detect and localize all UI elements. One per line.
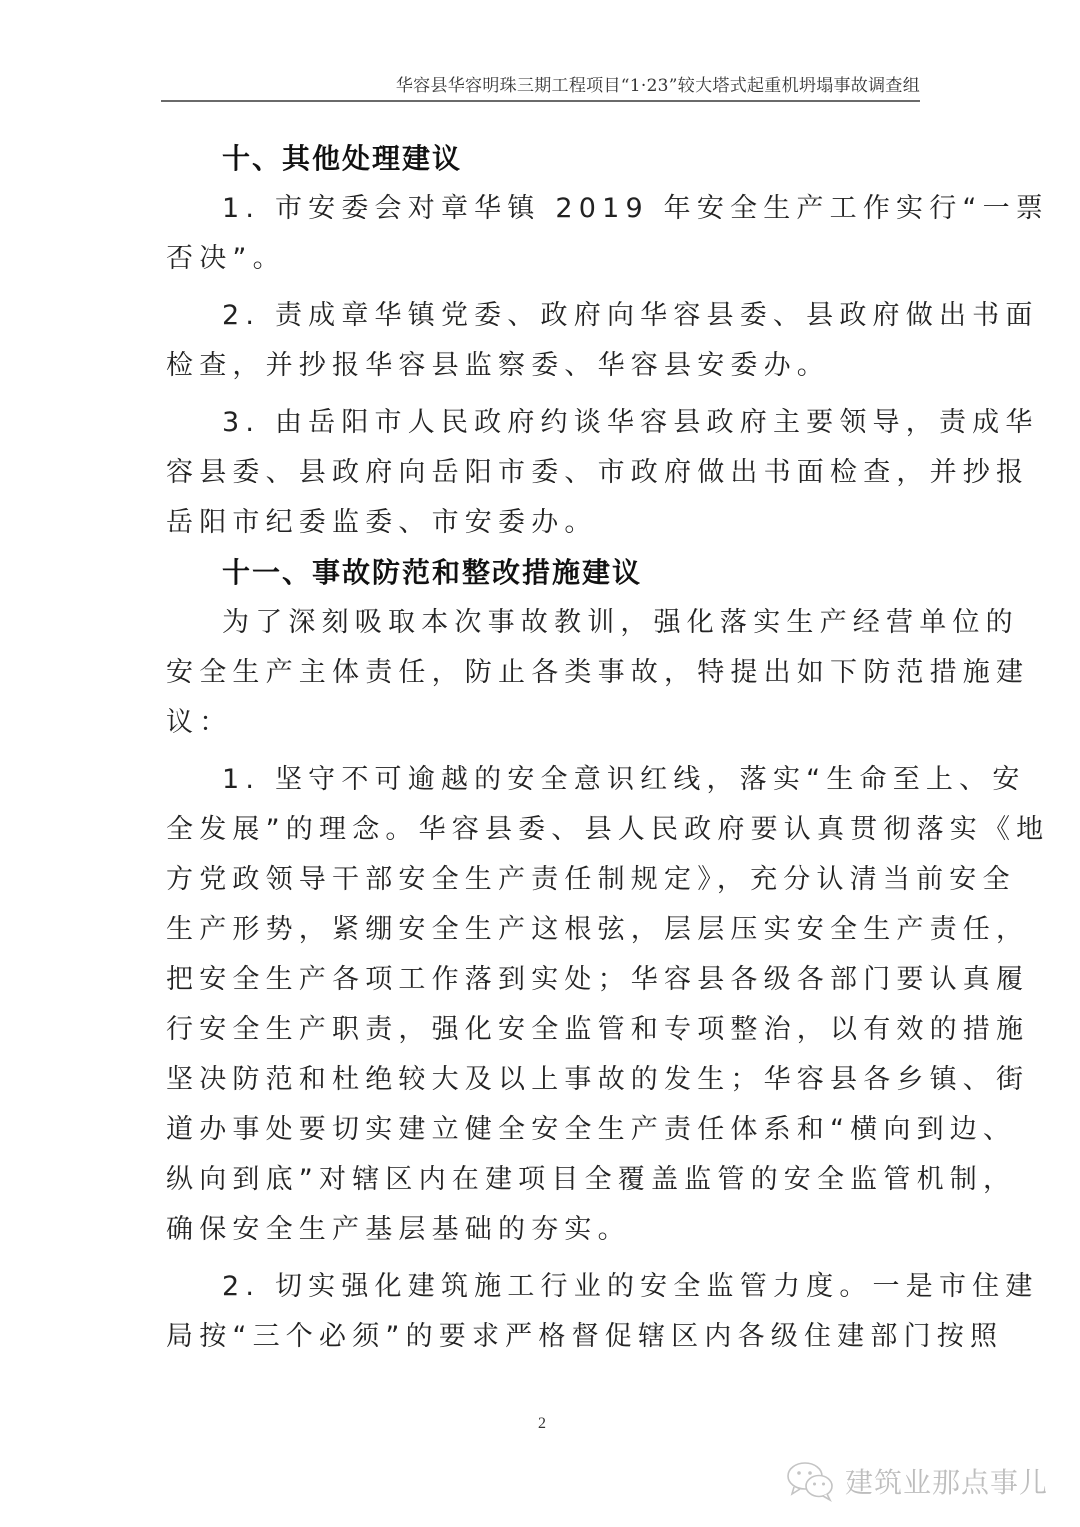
text-line: 2. 切实强化建筑施工行业的安全监管力度。一是市住建 (166, 1262, 918, 1312)
wechat-icon (785, 1459, 837, 1503)
paragraph: 1. 市安委会对章华镇 2019 年安全生产工作实行“一票 否决”。 (166, 184, 918, 284)
section-heading: 十一、事故防范和整改措施建议 (166, 548, 918, 598)
text-line: 否决”。 (166, 234, 918, 284)
text-line: 局按“三个必须”的要求严格督促辖区内各级住建部门按照 (166, 1312, 918, 1362)
text-line: 方党政领导干部安全生产责任制规定》，充分认清当前安全 (166, 855, 918, 905)
paragraph: 3. 由岳阳市人民政府约谈华容县政府主要领导，责成华 容县委、县政府向岳阳市委、… (166, 398, 918, 548)
text-line: 1. 市安委会对章华镇 2019 年安全生产工作实行“一票 (166, 184, 918, 234)
text-line: 把安全生产各项工作落到实处；华容县各级各部门要认真履 (166, 955, 918, 1005)
text-line: 议： (166, 698, 918, 748)
text-line: 生产形势，紧绷安全生产这根弦，层层压实安全生产责任， (166, 905, 918, 955)
paragraph: 为了深刻吸取本次事故教训，强化落实生产经营单位的 安全生产主体责任，防止各类事故… (166, 598, 918, 748)
text-line: 1. 坚守不可逾越的安全意识红线，落实“生命至上、安 (166, 755, 918, 805)
running-header: 华容县华容明珠三期工程项目“1·23”较大塔式起重机坍塌事故调查组 (161, 74, 920, 102)
text-line: 检查，并抄报华容县监察委、华容县安委办。 (166, 341, 918, 391)
text-line: 安全生产主体责任，防止各类事故，特提出如下防范措施建 (166, 648, 918, 698)
document-body: 十、其他处理建议 1. 市安委会对章华镇 2019 年安全生产工作实行“一票 否… (166, 134, 918, 1362)
paragraph: 2. 切实强化建筑施工行业的安全监管力度。一是市住建 局按“三个必须”的要求严格… (166, 1262, 918, 1362)
text-line: 坚决防范和杜绝较大及以上事故的发生；华容县各乡镇、街 (166, 1055, 918, 1105)
text-line: 道办事处要切实建立健全安全生产责任体系和“横向到边、 (166, 1105, 918, 1155)
text-line: 2. 责成章华镇党委、政府向华容县委、县政府做出书面 (166, 291, 918, 341)
page-number: 2 (532, 1415, 552, 1433)
text-line: 岳阳市纪委监委、市安委办。 (166, 498, 918, 548)
text-line: 3. 由岳阳市人民政府约谈华容县政府主要领导，责成华 (166, 398, 918, 448)
text-line: 为了深刻吸取本次事故教训，强化落实生产经营单位的 (166, 598, 918, 648)
text-line: 容县委、县政府向岳阳市委、市政府做出书面检查，并抄报 (166, 448, 918, 498)
text-line: 全发展”的理念。华容县委、县人民政府要认真贯彻落实《地 (166, 805, 918, 855)
watermark-text: 建筑业那点事儿 (845, 1461, 1048, 1501)
text-line: 纵向到底”对辖区内在建项目全覆盖监管的安全监管机制， (166, 1155, 918, 1205)
section-heading: 十、其他处理建议 (166, 134, 918, 184)
paragraph: 2. 责成章华镇党委、政府向华容县委、县政府做出书面 检查，并抄报华容县监察委、… (166, 291, 918, 391)
text-line: 行安全生产职责，强化安全监管和专项整治，以有效的措施 (166, 1005, 918, 1055)
paragraph: 1. 坚守不可逾越的安全意识红线，落实“生命至上、安 全发展”的理念。华容县委、… (166, 755, 918, 1255)
text-line: 确保安全生产基层基础的夯实。 (166, 1205, 918, 1255)
document-page: 华容县华容明珠三期工程项目“1·23”较大塔式起重机坍塌事故调查组 十、其他处理… (0, 0, 1080, 1527)
watermark: 建筑业那点事儿 (785, 1456, 1048, 1506)
